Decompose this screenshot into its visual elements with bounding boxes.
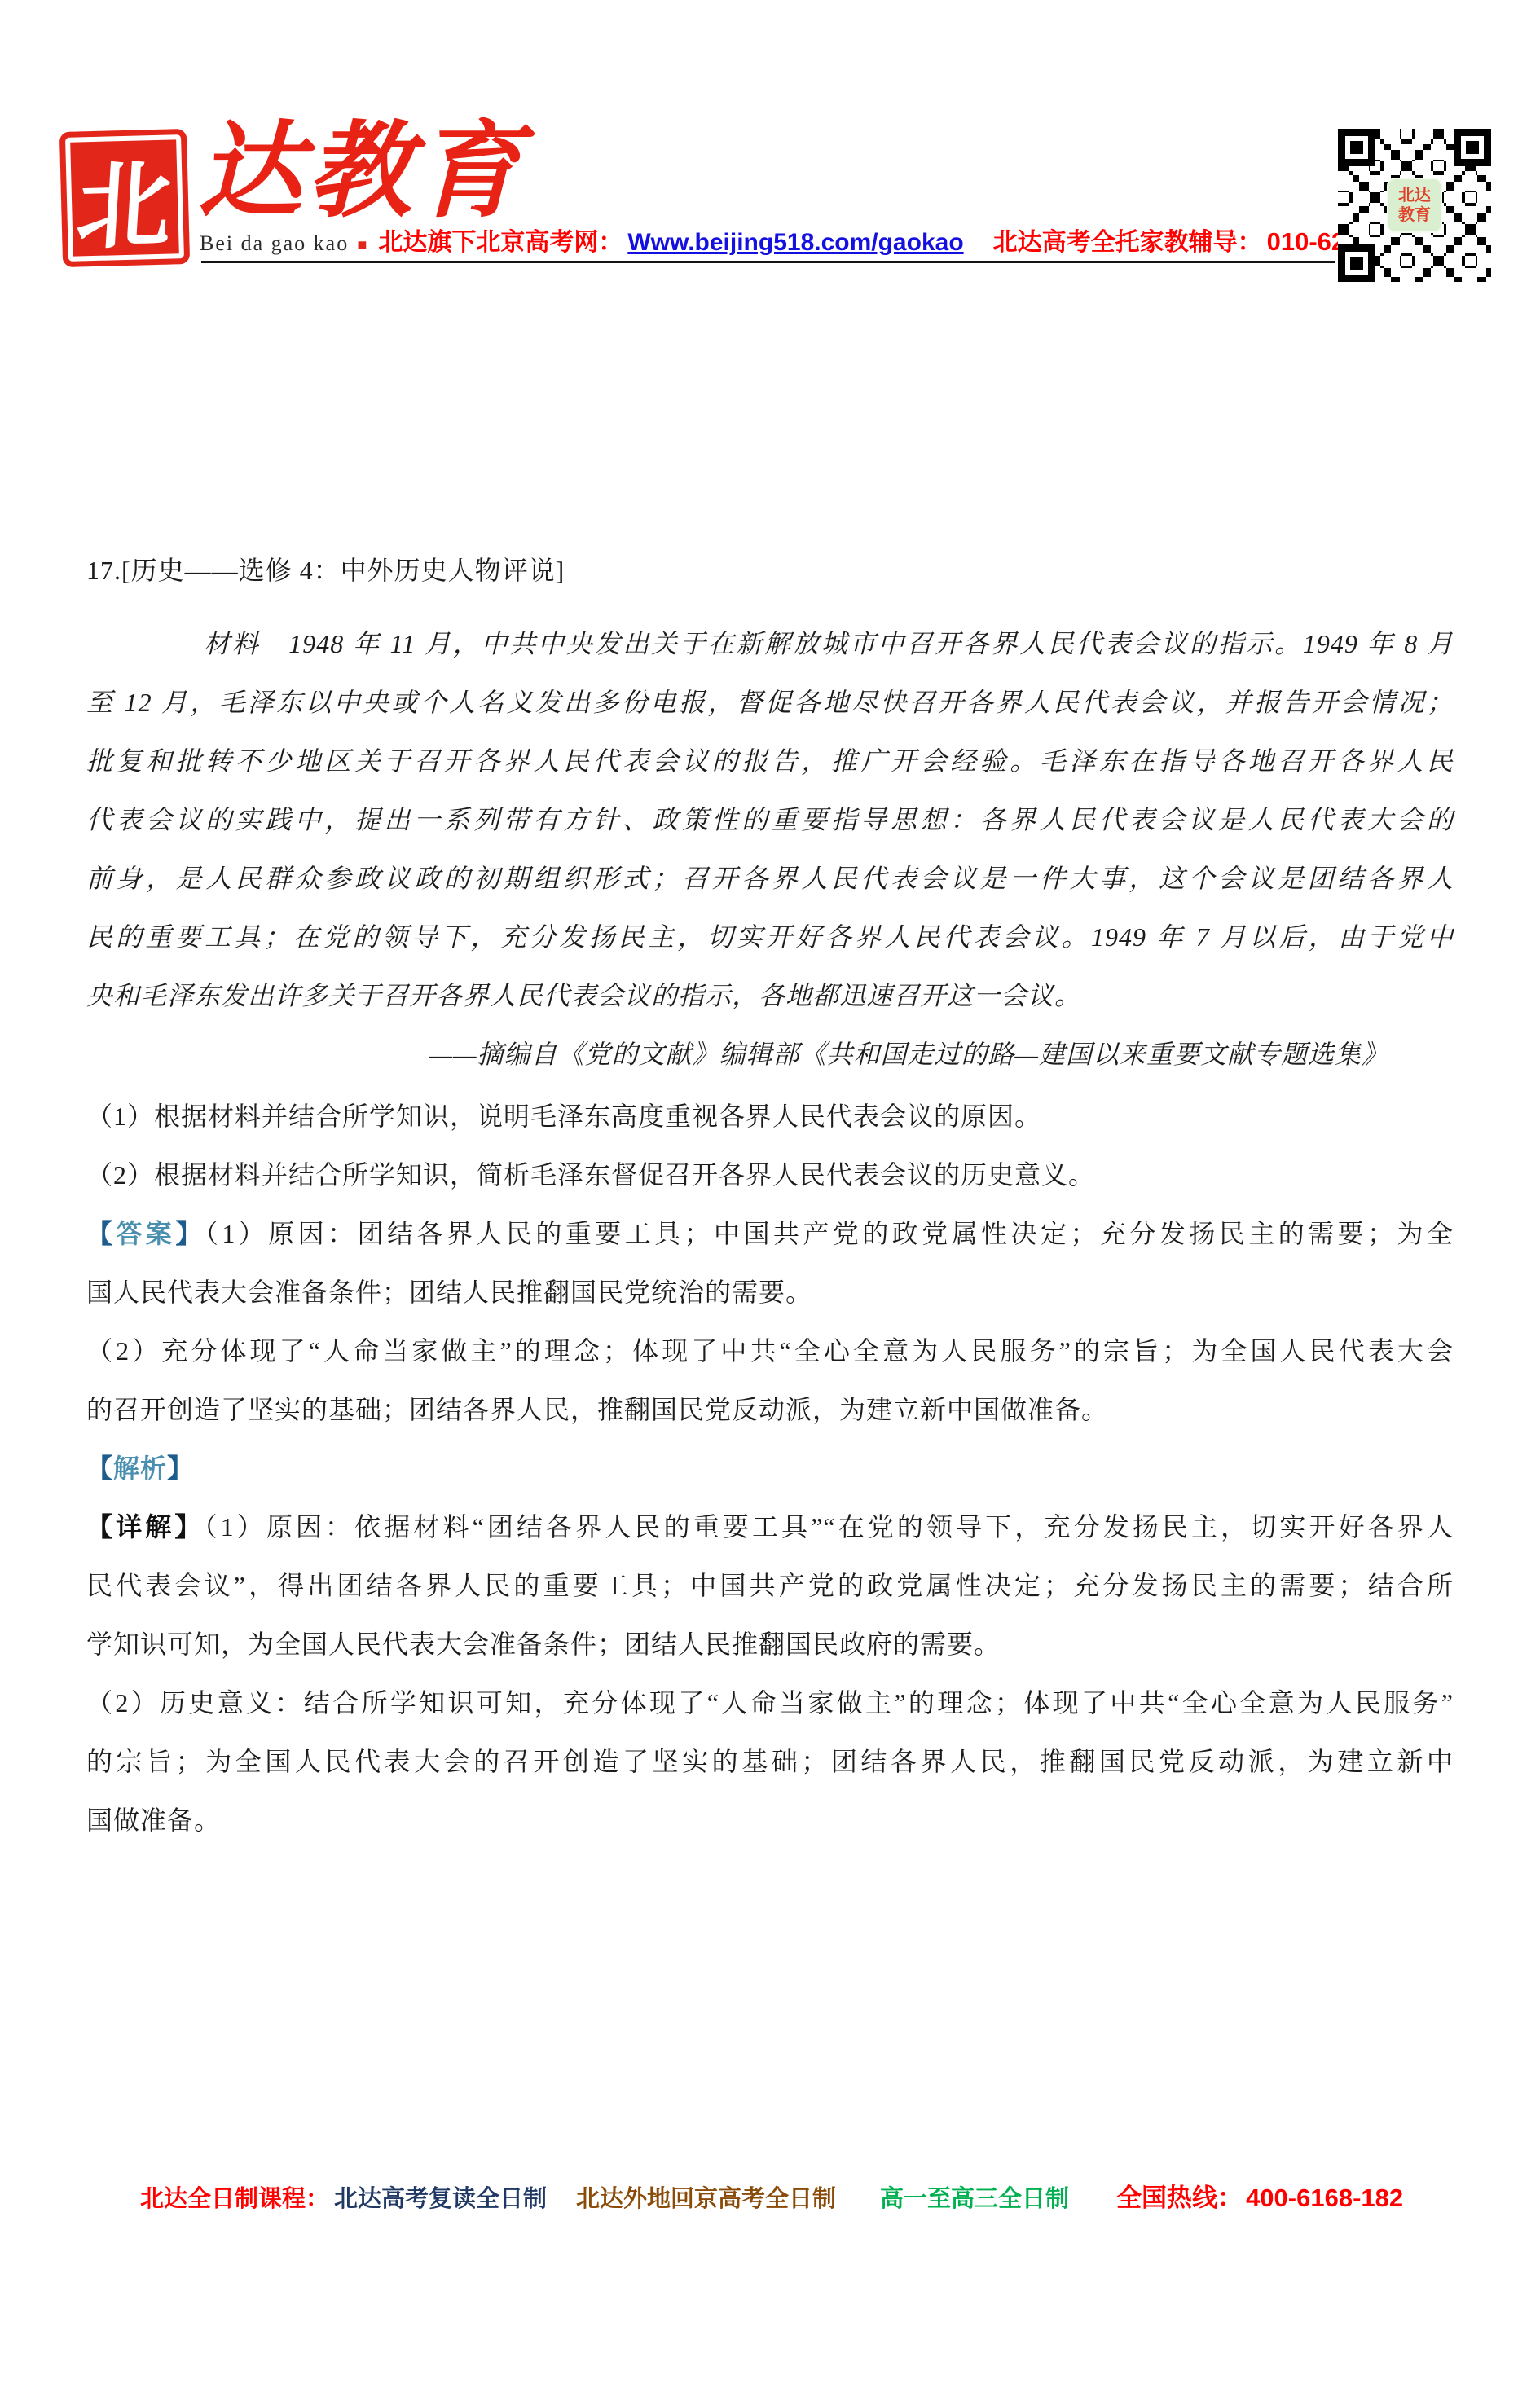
qr-center-logo: 北达 教育: [1387, 178, 1442, 233]
answer-text: （1）原因：团结各界人民的重要工具；中国共产党的政党属性决定；充分发扬民主的需要…: [205, 1219, 1454, 1248]
sub-question-1: （1）根据材料并结合所学知识，说明毛泽东高度重视各界人民代表会议的原因。: [86, 1087, 1454, 1146]
detail-tag-bracket-right: 】: [174, 1512, 204, 1542]
material-line: 至 12 月，毛泽东以中央或个人名义发出多份电报，督促各地尽快召开各界人民代表会…: [86, 673, 1454, 732]
answer-line: 的召开创造了坚实的基础；团结各界人民，推翻国民党反动派，为建立新中国做准备。: [86, 1380, 1454, 1439]
answer-tag-bracket-left: 【: [86, 1219, 116, 1248]
question-17-title: 17.[历史——选修 4：中外历史人物评说]: [86, 541, 1454, 600]
seal-character: 北: [73, 129, 176, 267]
detail-line: 的宗旨；为全国人民代表大会的召开创造了坚实的基础；团结各界人民，推翻国民党反动派…: [86, 1732, 1454, 1791]
material-line: 材料 1948 年 11 月，中共中央发出关于在新解放城市中召开各界人民代表会议…: [86, 614, 1454, 673]
answer-line: 【答案】（1）原因：团结各界人民的重要工具；中国共产党的政党属性决定；充分发扬民…: [86, 1204, 1454, 1263]
brand-calligraphy-title: 达教育: [198, 111, 526, 233]
qr-finder-top-left: [1338, 129, 1375, 166]
answer-line: （2）充分体现了“人命当家做主”的理念；体现了中共“全心全意为人民服务”的宗旨；…: [86, 1322, 1454, 1380]
detail-line: 民代表会议”，得出团结各界人民的重要工具；中国共产党的政党属性决定；充分发扬民主…: [86, 1556, 1454, 1615]
tutor-label: 北达高考全托家教辅导：: [993, 222, 1262, 257]
footer-course-return-beijing: 北达外地回京高考全日制: [576, 2180, 836, 2214]
answer-line: 国人民代表大会准备条件；团结人民推翻国民党统治的需要。: [86, 1263, 1454, 1322]
solution-section: 【答案】（1）原因：团结各界人民的重要工具；中国共产党的政党属性决定；充分发扬民…: [86, 1204, 1454, 1850]
detail-line: 【详解】（1）原因：依据材料“团结各界人民的重要工具”“在党的领导下，充分发扬民…: [86, 1498, 1454, 1556]
analysis-tag-line: 【解析】: [86, 1439, 1454, 1498]
red-square-icon: ■: [357, 236, 367, 255]
beida-seal-logo: 北: [59, 129, 190, 267]
detail-tag: 详解: [116, 1512, 174, 1542]
material-line: 前身，是人民群众参政议政的初期组织形式；召开各界人民代表会议是一件大事，这个会议…: [86, 849, 1454, 908]
footer-hotline-number: 400-6168-182: [1246, 2184, 1403, 2213]
site-url-link[interactable]: Www.beijing518.com/gaokao: [627, 229, 963, 257]
brand-romanized: Bei da gao kao: [200, 231, 349, 256]
material-line: 民的重要工具；在党的领导下，充分发扬民主，切实开好各界人民代表会议。1949 年…: [86, 908, 1454, 966]
material-line: 央和毛泽东发出许多关于召开各界人民代表会议的指示，各地都迅速召开这一会议。: [86, 966, 1454, 1025]
answer-tag-bracket-right: 】: [175, 1219, 205, 1248]
detail-line: 国做准备。: [86, 1791, 1454, 1850]
analysis-tag-bracket-left: 【: [86, 1454, 113, 1483]
material-citation: ——摘编自《党的文献》编辑部《共和国走过的路—建国以来重要文献专题选集》: [86, 1025, 1454, 1084]
qr-logo-line2: 教育: [1398, 205, 1431, 225]
answer-tag: 答案: [116, 1219, 175, 1248]
analysis-tag: 解析: [113, 1454, 167, 1483]
sub-questions: （1）根据材料并结合所学知识，说明毛泽东高度重视各界人民代表会议的原因。 （2）…: [86, 1087, 1454, 1204]
detail-line: 学知识可知，为全国人民代表大会准备条件；团结人民推翻国民政府的需要。: [86, 1615, 1454, 1674]
header-divider: [201, 261, 1335, 263]
detail-tag-bracket-left: 【: [86, 1512, 116, 1542]
material-line: 代表会议的实践中，提出一系列带有方针、政策性的重要指导思想：各界人民代表会议是人…: [86, 790, 1454, 849]
qr-logo-line1: 北达: [1398, 186, 1431, 205]
footer-hotline-label: 全国热线：: [1116, 2177, 1243, 2214]
header: 北 达教育 Bei da gao kao ■ 北达旗下北京高考网： Www.be…: [61, 122, 1491, 293]
qr-finder-bottom-left: [1338, 244, 1375, 282]
analysis-tag-bracket-right: 】: [167, 1454, 194, 1483]
footer-course-fulltime-repeat: 北达高考复读全日制: [334, 2180, 547, 2214]
footer-course-grade1-3: 高一至高三全日制: [880, 2180, 1069, 2214]
exam-document-page: 北 达教育 Bei da gao kao ■ 北达旗下北京高考网： Www.be…: [0, 0, 1540, 2406]
detail-text: （1）原因：依据材料“团结各界人民的重要工具”“在党的领导下，充分发扬民主，切实…: [204, 1512, 1454, 1542]
qr-code: 北达 教育: [1338, 129, 1491, 282]
footer-banner: 北达全日制课程： 北达高考复读全日制 北达外地回京高考全日制 高一至高三全日制 …: [140, 2177, 1403, 2214]
material-paragraph: 材料 1948 年 11 月，中共中央发出关于在新解放城市中召开各界人民代表会议…: [86, 614, 1454, 1025]
material-line: 批复和批转不少地区关于召开各界人民代表会议的报告，推广开会经验。毛泽东在指导各地…: [86, 732, 1454, 790]
detail-line: （2）历史意义：结合所学知识可知，充分体现了“人命当家做主”的理念；体现了中共“…: [86, 1674, 1454, 1732]
question-content: 17.[历史——选修 4：中外历史人物评说] 材料 1948 年 11 月，中共…: [86, 541, 1454, 1850]
footer-courses-label: 北达全日制课程：: [140, 2180, 329, 2214]
qr-finder-top-right: [1454, 129, 1491, 166]
sub-question-2: （2）根据材料并结合所学知识，简析毛泽东督促召开各界人民代表会议的历史意义。: [86, 1146, 1454, 1204]
header-tagline-row: Bei da gao kao ■ 北达旗下北京高考网： Www.beijing5…: [200, 222, 1430, 257]
site-label: 北达旗下北京高考网：: [378, 222, 623, 257]
